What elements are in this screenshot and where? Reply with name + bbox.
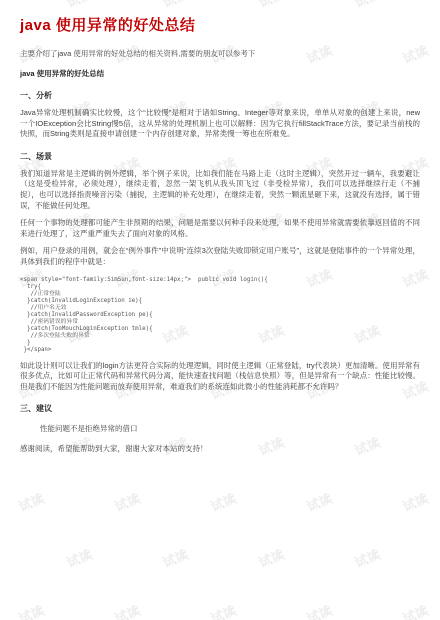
- watermark-text: 试读: [159, 544, 190, 571]
- section-heading-analysis: 一、分析: [20, 90, 420, 101]
- code-line: }catch(InvalidLoginException ie){: [20, 298, 420, 305]
- page-subtitle: 主要介绍了java 使用异常的好处总结的相关资料,需要的朋友可以参考下: [20, 48, 420, 59]
- scene-paragraph-after-code: 如此设计则可以让我们的login方法更符合实际的处理逻辑，同时使主逻辑（正常登陆…: [20, 361, 420, 393]
- code-line: }catch(InvalidPasswordException pe){: [20, 312, 420, 319]
- watermark-text: 试读: [351, 544, 382, 571]
- document-page: java 使用异常的好处总结 主要介绍了java 使用异常的好处总结的相关资料,…: [0, 0, 440, 454]
- code-line: }</span>: [20, 347, 420, 354]
- scene-paragraph-1: 我们知道异常是主逻辑的例外逻辑，举个例子来说，比如我们能在马路上走（这时主逻辑）…: [20, 169, 420, 211]
- code-block: <span style="font-family:SimSun,font-siz…: [20, 277, 420, 354]
- code-line: }catch(TooMouchLoginException tmle){: [20, 326, 420, 333]
- article-heading: java 使用异常的好处总结: [20, 68, 420, 79]
- watermark-text: 试读: [255, 544, 286, 571]
- watermark-text: 试读: [111, 600, 142, 620]
- watermark-text: 试读: [303, 488, 334, 515]
- code-line: }: [20, 340, 420, 347]
- code-line: //用户名无效: [20, 305, 420, 312]
- watermark-text: 试读: [63, 544, 94, 571]
- section-heading-scene: 二、场景: [20, 151, 420, 162]
- watermark-text: 试读: [111, 488, 142, 515]
- code-line: <span style="font-family:SimSun,font-siz…: [20, 277, 420, 284]
- watermark-text: 试读: [15, 600, 46, 620]
- watermark-text: 试读: [399, 488, 430, 515]
- code-line: //密码错误的异常: [20, 319, 420, 326]
- watermark-text: 试读: [207, 600, 238, 620]
- code-line: //多次登陆失败的异常: [20, 333, 420, 340]
- section-heading-suggestion: 三、建议: [20, 403, 420, 414]
- analysis-paragraph: Java异常处理机制确实比较慢，这个“比较慢”是相对于诸如String、Inte…: [20, 108, 420, 140]
- code-line: //正常登陆: [20, 291, 420, 298]
- scene-paragraph-3: 例如，用户登录的用例，就会在“例外事件”中说明“连续3次登陆失败即锁定用户账号”…: [20, 246, 420, 267]
- watermark-text: 试读: [303, 600, 334, 620]
- page-title: java 使用异常的好处总结: [20, 14, 420, 35]
- thanks-line: 感谢阅读，希望能帮助到大家，谢谢大家对本站的支持！: [20, 443, 420, 454]
- watermark-text: 试读: [15, 488, 46, 515]
- watermark-text: 试读: [207, 488, 238, 515]
- watermark-text: 试读: [399, 600, 430, 620]
- scene-paragraph-2: 任何一个事物的处理都可能产生非预期的结果，问题是需要以何种手段来处理，如果不使用…: [20, 218, 420, 239]
- code-line: try{: [20, 284, 420, 291]
- suggestion-quote: 性能问题不是拒绝异常的借口: [40, 423, 420, 434]
